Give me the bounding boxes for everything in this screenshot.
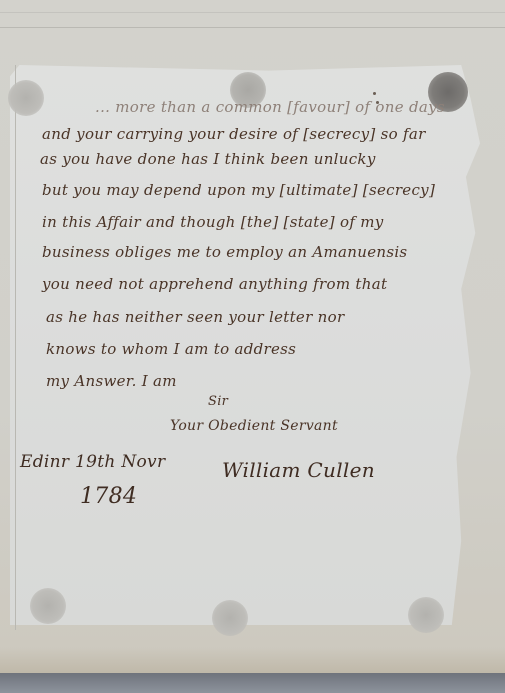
letter-line: but you may depend upon my [ultimate] [s…: [42, 181, 435, 199]
closing: Your Obedient Servant: [170, 418, 338, 434]
mount-crease: [0, 27, 505, 28]
mount-crease: [0, 12, 505, 13]
year: 1784: [80, 484, 137, 509]
letter-line: business obliges me to employ an Amanuen…: [42, 243, 407, 261]
seal-mark-icon: [212, 600, 248, 636]
ink-dot: [373, 92, 376, 95]
sheet-edge: [15, 65, 16, 630]
letter-line: my Answer. I am: [46, 372, 177, 390]
seal-mark-icon: [30, 588, 66, 624]
salutation: Sir: [208, 394, 228, 409]
letter-line: you need not apprehend anything from tha…: [42, 275, 387, 293]
letter-line: in this Affair and though [the] [state] …: [42, 213, 384, 231]
letter-line: ... more than a common [favour] of one d…: [95, 98, 445, 116]
seal-mark-icon: [8, 80, 44, 116]
seal-mark-icon: [408, 597, 444, 633]
letter-line: and your carrying your desire of [secrec…: [42, 125, 426, 143]
letter-line: as you have done has I think been unluck…: [40, 150, 376, 168]
letter-line: as he has neither seen your letter nor: [46, 308, 344, 326]
scanner-base: [0, 673, 505, 693]
signature: William Cullen: [222, 458, 375, 482]
date-line: Edinr 19th Novr: [20, 452, 165, 472]
letter-line: knows to whom I am to address: [46, 340, 296, 358]
